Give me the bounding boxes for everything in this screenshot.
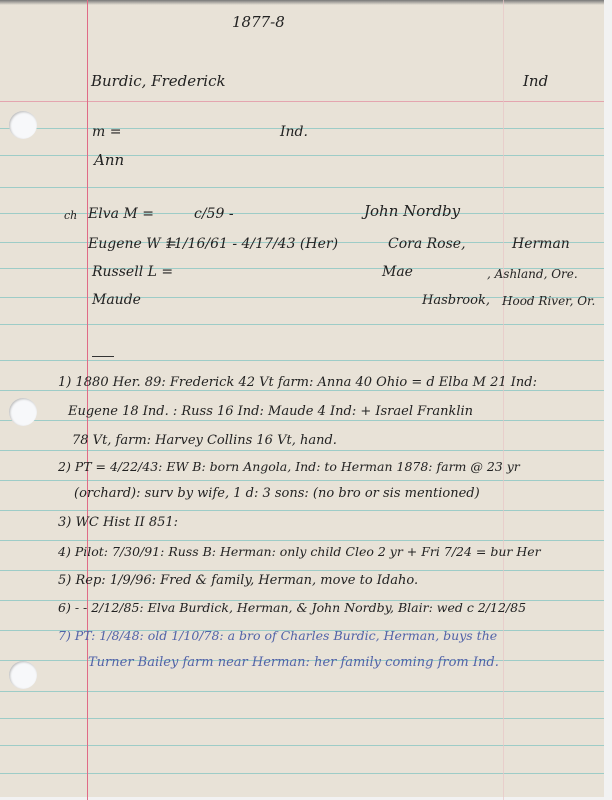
- scan-right-edge: [604, 0, 612, 800]
- person-name: Burdic, Frederick: [91, 73, 226, 89]
- ruled-line: [0, 324, 604, 325]
- notebook-page: 1877-8 Burdic, Frederick Ind m = Ind. An…: [0, 0, 612, 800]
- note-line: 1880 Her. 89: Frederick 42 Vt farm: Anna…: [76, 375, 538, 390]
- note-2: 2) PT = 4/22/43: EW B: born Angola, Ind:…: [58, 459, 520, 475]
- child-name: Maude: [92, 292, 141, 308]
- child-dates: c/59 -: [194, 206, 234, 222]
- children-prefix: ch: [64, 208, 77, 224]
- ruled-line: [0, 773, 604, 774]
- ruled-line: [0, 510, 604, 511]
- ruled-line: [0, 480, 604, 481]
- note-line: 78 Vt, farm: Harvey Collins 16 Vt, hand.: [72, 433, 337, 449]
- note-line: Turner Bailey farm near Herman: her fami…: [88, 655, 499, 671]
- year-range: 1877-8: [232, 14, 285, 30]
- spouse-state: Ind.: [280, 124, 308, 140]
- note-line: PT = 4/22/43: EW B: born Angola, Ind: to…: [75, 459, 520, 474]
- section-divider: [92, 356, 114, 357]
- note-1: 1) 1880 Her. 89: Frederick 42 Vt farm: A…: [58, 375, 537, 391]
- ruled-line: [0, 155, 604, 156]
- note-line: WC Hist II 851:: [76, 515, 179, 530]
- punch-hole: [9, 661, 37, 689]
- child-place: , Ashland, Ore.: [487, 266, 578, 282]
- note-line: Rep: 1/9/96: Fred & family, Herman, move…: [76, 573, 419, 588]
- note-6: 6) - - 2/12/85: Elva Burdick, Herman, & …: [58, 600, 526, 616]
- birth-state: Ind: [523, 73, 548, 89]
- child-name: Eugene W =: [88, 236, 177, 252]
- child-spouse: Hasbrook,: [422, 293, 490, 309]
- child-place: Hood River, Or.: [502, 293, 595, 309]
- ruled-line: [0, 540, 604, 541]
- ruled-line: [0, 450, 604, 451]
- child-spouse: Cora Rose,: [388, 236, 466, 252]
- note-line: Pilot: 7/30/91: Russ B: Herman: only chi…: [75, 544, 541, 559]
- note-4: 4) Pilot: 7/30/91: Russ B: Herman: only …: [58, 544, 541, 560]
- child-dates: 11/16/61 - 4/17/43 (Her): [165, 236, 338, 252]
- child-name: Elva M =: [88, 206, 154, 222]
- note-number: 4: [58, 544, 66, 559]
- note-line: - - 2/12/85: Elva Burdick, Herman, & Joh…: [75, 600, 526, 615]
- ruled-line: [0, 360, 604, 361]
- left-margin-line: [87, 0, 88, 800]
- child-name: Russell L =: [92, 264, 173, 280]
- note-7: 7) PT: 1/8/48: old 1/10/78: a bro of Cha…: [58, 628, 497, 644]
- marriage-label: m =: [92, 124, 121, 140]
- child-spouse: John Nordby: [364, 203, 460, 219]
- note-3: 3) WC Hist II 851:: [58, 515, 178, 531]
- note-5: 5) Rep: 1/9/96: Fred & family, Herman, m…: [58, 573, 418, 589]
- ruled-line: [0, 745, 604, 746]
- ruled-line: [0, 187, 604, 188]
- note-number: 1: [58, 375, 66, 390]
- punch-hole: [9, 111, 37, 139]
- ruled-line: [0, 691, 604, 692]
- note-number: 3: [58, 515, 66, 530]
- header-rule: [0, 101, 604, 102]
- ruled-line: [0, 420, 604, 421]
- right-margin-line: [503, 0, 504, 800]
- note-number: 2: [58, 459, 66, 474]
- child-place: Herman: [512, 236, 570, 252]
- scan-top-edge: [0, 0, 612, 5]
- spouse-name: Ann: [94, 152, 124, 168]
- note-number: 5: [58, 573, 66, 588]
- note-line: Eugene 18 Ind. : Russ 16 Ind: Maude 4 In…: [68, 404, 473, 420]
- ruled-line: [0, 718, 604, 719]
- child-spouse: Mae: [382, 264, 413, 280]
- ruled-line: [0, 570, 604, 571]
- punch-hole: [9, 398, 37, 426]
- note-number: 6: [58, 600, 66, 615]
- note-number: 7: [58, 628, 66, 643]
- note-line: (orchard): surv by wife, 1 d: 3 sons: (n…: [74, 486, 480, 502]
- note-line: PT: 1/8/48: old 1/10/78: a bro of Charle…: [75, 628, 497, 643]
